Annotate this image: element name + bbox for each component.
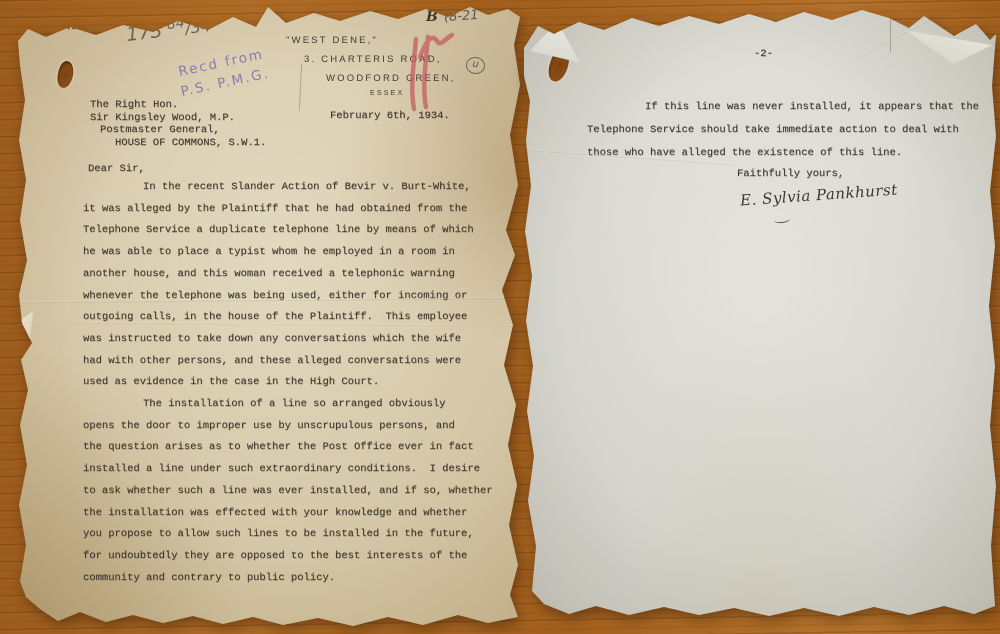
folded-corner (16, 311, 33, 343)
folded-corner (18, 589, 44, 617)
body-line: it was alleged by the Plaintiff that he … (83, 199, 493, 221)
circled-pencil-mark: u (465, 56, 486, 75)
body-line: he was able to place a typist whom he em… (83, 242, 493, 264)
salutation: Dear Sir, (88, 163, 145, 175)
body-line: used as evidence in the case in the High… (83, 372, 493, 394)
body-line: whenever the telephone was being used, e… (83, 286, 493, 308)
left-letter-page: BUCKHURST 2463. 173 84/34 Recd from P.S.… (18, 5, 520, 627)
body-line: outgoing calls, in the house of the Plai… (83, 307, 493, 329)
right-letter-page: -2- If this line was never installed, it… (524, 6, 996, 620)
right-letter-paper: -2- If this line was never installed, it… (524, 6, 996, 620)
body-line: those who have alleged the existence of … (587, 142, 979, 165)
body-line: you propose to allow such lines to be in… (83, 524, 493, 546)
body-line: installed a line under such extraordinar… (83, 459, 493, 481)
letterhead-phone: BUCKHURST 2463. (60, 15, 111, 33)
recipient-line: Sir Kingsley Wood, M.P. (90, 112, 266, 125)
folded-corner (906, 22, 992, 64)
body-line: to ask whether such a line was ever inst… (83, 481, 493, 503)
pencil-file-number-sup: 84 (166, 15, 186, 33)
letterhead-phone-exchange: BUCKHURST (60, 15, 111, 24)
pencil-file-number-sub: /34 (184, 16, 212, 38)
wood-table-background: BUCKHURST 2463. 173 84/34 Recd from P.S.… (0, 0, 1000, 634)
letter-body-page2: If this line was never installed, it app… (587, 96, 979, 165)
pencil-file-number-main: 173 (125, 20, 164, 46)
body-line: opens the door to improper use by unscru… (83, 416, 493, 438)
signature-flourish (774, 215, 791, 224)
recipient-block: The Right Hon. Sir Kingsley Wood, M.P. P… (90, 99, 266, 150)
address-line-town: WOODFORD GREEN, (286, 69, 456, 88)
pencil-letter-mark: B (426, 9, 438, 25)
letter-body: In the recent Slander Action of Bevir v.… (83, 177, 493, 589)
body-line: the question arises as to whether the Po… (83, 437, 493, 459)
closing-valediction: Faithfully yours, (737, 168, 844, 180)
body-line: Telephone Service a duplicate telephone … (83, 220, 493, 242)
pencil-note: (8-21 (444, 8, 480, 25)
address-line-road: 3. CHARTERIS ROAD, (286, 50, 456, 69)
recipient-line: Postmaster General, (90, 124, 266, 137)
body-line: In the recent Slander Action of Bevir v.… (83, 177, 493, 199)
address-line-house: "WEST DENE," (286, 31, 456, 50)
signature: E. Sylvia Pankhurst (740, 181, 899, 210)
body-line: Telephone Service should take immediate … (587, 119, 979, 142)
body-line: for undoubtedly they are opposed to the … (83, 546, 493, 568)
crease-line (890, 8, 891, 52)
torn-hole (55, 60, 75, 90)
letter-date: February 6th, 1934. (330, 110, 450, 122)
body-line: had with other persons, and these allege… (83, 351, 493, 373)
letterhead-phone-number: 2463. (60, 24, 111, 33)
body-line: If this line was never installed, it app… (587, 96, 979, 119)
address-line-county: ESSEX (286, 88, 456, 100)
body-line: The installation of a line so arranged o… (83, 394, 493, 416)
letterhead-address: "WEST DENE," 3. CHARTERIS ROAD, WOODFORD… (286, 31, 456, 100)
recipient-line: The Right Hon. (90, 99, 266, 112)
body-line: was instructed to take down any conversa… (83, 329, 493, 351)
body-line: community and contrary to public policy. (83, 568, 493, 590)
page-number: -2- (754, 48, 773, 60)
recipient-line: HOUSE OF COMMONS, S.W.1. (90, 137, 266, 150)
left-letter-paper: BUCKHURST 2463. 173 84/34 Recd from P.S.… (18, 5, 520, 627)
received-rubber-stamp: Recd from P.S. P.M.G. (175, 44, 272, 102)
body-line: the installation was effected with your … (83, 503, 493, 525)
pencil-file-number: 173 84/34 (125, 12, 212, 46)
body-line: another house, and this woman received a… (83, 264, 493, 286)
